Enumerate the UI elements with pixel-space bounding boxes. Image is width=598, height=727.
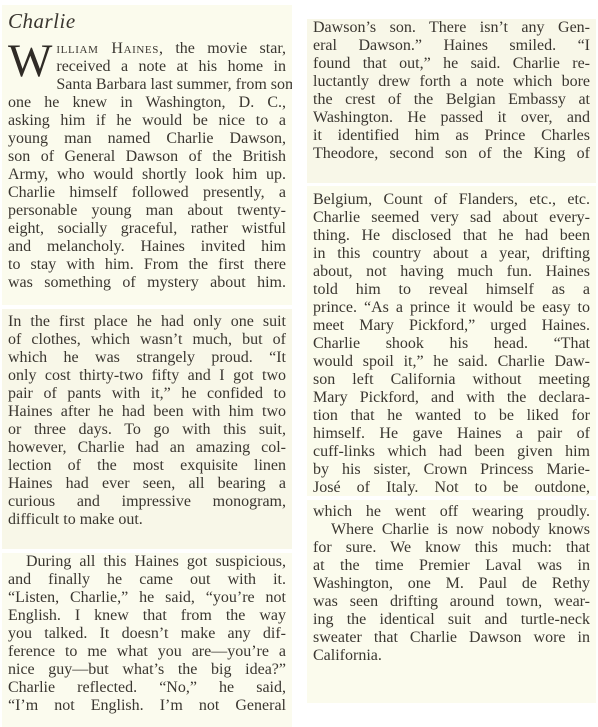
text-line: nice guy—but what’s the big idea?” [8, 661, 286, 679]
text-line: thing. He disclosed that he had been [313, 227, 590, 245]
text-line: found that out,” he said. Charlie re- [313, 55, 590, 73]
text-line: Haines had ever seen, all bearing a [8, 475, 286, 493]
text-line: only cost thirty-two fifty and I got two [8, 367, 286, 385]
paragraph: Belgium, Count of Flanders, etc., etc. C… [313, 186, 590, 496]
text-line: eight, socially graceful, rather wistful [8, 220, 286, 238]
paragraph: In the first place he had only one suit … [8, 309, 286, 529]
text-line: at the time Premier Laval was in [313, 557, 590, 575]
text-line: son left California without meeting [313, 371, 590, 389]
lead-smallcaps: illiam Haines [56, 40, 159, 57]
text-line: difficult to make out. [8, 511, 286, 529]
text-line: Where Charlie is now nobody knows [313, 521, 590, 539]
text-line: it identified him as Prince Charles [313, 127, 590, 145]
text-line: the crest of the Belgian Embassy at [313, 91, 590, 109]
text-line: In the first place he had only one suit [8, 313, 286, 331]
text-line: for sure. We know this much: that [313, 539, 590, 557]
clipping-block-1: Charlie W illiam Haines, the movie star,… [2, 5, 292, 305]
text-line: which he went off wearing proudly. [313, 503, 590, 521]
text-line: Theodore, second son of the King of [313, 145, 590, 163]
text-line: José of Italy. Not to be outdone, [313, 479, 590, 496]
text-line: eral Dawson.” Haines smiled. “I [313, 37, 590, 55]
text-line: in this country about a year, drifting [313, 245, 590, 263]
text-line: “I’m not English. I’m not General [8, 697, 286, 715]
text-line: ference to me what you are—you’re a [8, 643, 286, 661]
text-line: “Listen, Charlie,” he said, “you’re not [8, 589, 286, 607]
opening-paragraph: W illiam Haines, the movie star, receive… [8, 40, 286, 292]
text-line: lection of the most exquisite linen [8, 457, 286, 475]
text-line: told him to reveal himself as a [313, 281, 590, 299]
text-line: of clothes, which wasn’t much, but of [8, 331, 286, 349]
text-line: luctantly drew forth a note which bore [313, 73, 590, 91]
text-line: one he knew in Washington, D. C., [8, 94, 286, 112]
clipping-block-5: Belgium, Count of Flanders, etc., etc. C… [307, 186, 596, 496]
text-line: Mary Pickford, and with the declara- [313, 389, 590, 407]
text-line: about, not having much fun. Haines [313, 263, 590, 281]
drop-cap: W [8, 42, 52, 80]
text-line: was something of mystery about him. [8, 274, 286, 292]
text-line: Washington, one M. Paul de Rethy [313, 575, 590, 593]
text-line: California. [313, 647, 590, 665]
text-line: Charlie seemed very sad about every- [313, 209, 590, 227]
text-line: Charlie shook his head. “That [313, 335, 590, 353]
text-line: son of General Dawson of the British [8, 148, 286, 166]
article-title: Charlie [8, 8, 286, 34]
text-line: sweater that Charlie Dawson wore in [313, 629, 590, 647]
paragraph: Dawson’s son. There isn’t any Gen- eral … [313, 19, 590, 163]
text-line: ing the identical suit and turtle-neck [313, 611, 590, 629]
text-line: tion that he wanted to be liked for [313, 407, 590, 425]
text-line: prince. “As a prince it would be easy to [313, 299, 590, 317]
text-line: Belgium, Count of Flanders, etc., etc. [313, 191, 590, 209]
text-line: Charlie himself followed presently, a [8, 184, 286, 202]
text-line: or three days. To go with this suit, [8, 421, 286, 439]
text-line: Charlie reflected. “No,” he said, [8, 679, 286, 697]
clipping-block-6: which he went off wearing proudly. Where… [307, 500, 596, 703]
text-line: to stay with him. From the first there [8, 256, 286, 274]
text-line: curious and impressive monogram, [8, 493, 286, 511]
text-line: however, Charlie had an amazing col- [8, 439, 286, 457]
paragraph: which he went off wearing proudly. Where… [313, 500, 590, 665]
text-line: and melancholy. Haines invited him [8, 238, 286, 256]
text-line: personable young man about twenty- [8, 202, 286, 220]
text-line: himself. He gave Haines a pair of [313, 425, 590, 443]
text-line: asking him if he would be nice to a [8, 112, 286, 130]
text-line: Washington. He passed it over, and [313, 109, 590, 127]
text-line: Army, who would shortly look him up. [8, 166, 286, 184]
text-line: and finally he came out with it. [8, 571, 286, 589]
text-line: pair of pants with it,” he confided to [8, 385, 286, 403]
text-line: which he was strangely proud. “It [8, 349, 286, 367]
clipping-block-4: Dawson’s son. There isn’t any Gen- eral … [307, 19, 596, 183]
clipping-block-3: During all this Haines got suspicious, a… [2, 553, 292, 727]
text-line: meet Mary Pickford,” urged Haines. [313, 317, 590, 335]
text-line: English. I knew that from the way [8, 607, 286, 625]
text-line: would spoil it,” he said. Charlie Daw- [313, 353, 590, 371]
text-line: you talked. It doesn’t make any dif- [8, 625, 286, 643]
text-line: Haines after he had been with him two [8, 403, 286, 421]
text-line: was seen drifting around town, wear- [313, 593, 590, 611]
text-line: by his sister, Crown Princess Marie- [313, 461, 590, 479]
clipping-block-2: In the first place he had only one suit … [2, 309, 292, 549]
text-line: young man named Charlie Dawson, [8, 130, 286, 148]
text-line: Dawson’s son. There isn’t any Gen- [313, 19, 590, 37]
paragraph: During all this Haines got suspicious, a… [8, 553, 286, 715]
text-line: During all this Haines got suspicious, [8, 553, 286, 571]
text-line: cuff-links which had been given him [313, 443, 590, 461]
